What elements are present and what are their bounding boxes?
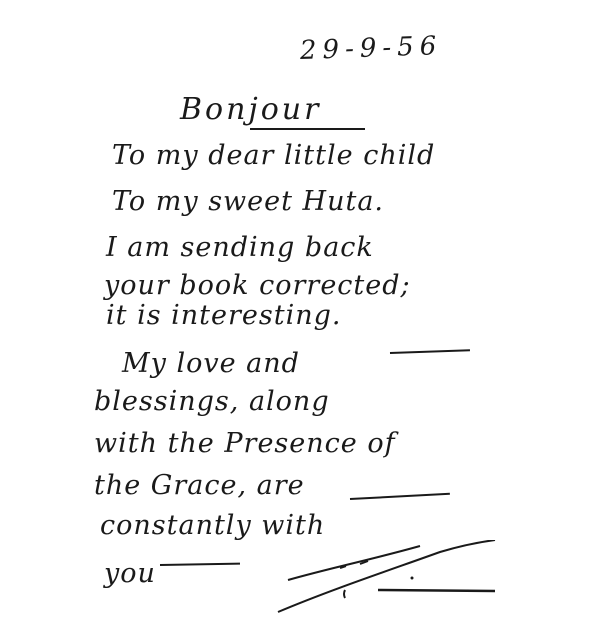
letter-line: I am sending back: [106, 232, 374, 263]
letter-line: with the Presence of: [94, 428, 396, 459]
flourish-stroke: [350, 493, 450, 500]
greeting-underline: [250, 128, 365, 130]
letter-line: To my sweet Huta.: [112, 186, 384, 217]
letter-line: blessings, along: [94, 386, 330, 417]
letter-line: it is interesting.: [106, 300, 341, 331]
flourish-stroke: [390, 349, 470, 354]
letter-line: the Grace, are: [94, 470, 305, 501]
letter-line: To my dear little child: [112, 140, 435, 171]
letter-line: you: [104, 558, 156, 589]
flourish-stroke: [160, 563, 240, 566]
letter-date: 29-9-56: [299, 31, 442, 66]
letter-line: My love and: [122, 348, 300, 379]
letter-line: constantly with: [100, 510, 325, 541]
signature-scribble-icon: [270, 540, 530, 636]
handwritten-letter: 29-9-56 Bonjour To my dear little child …: [0, 0, 603, 636]
letter-greeting: Bonjour: [180, 92, 321, 127]
letter-line: your book corrected;: [104, 270, 411, 301]
